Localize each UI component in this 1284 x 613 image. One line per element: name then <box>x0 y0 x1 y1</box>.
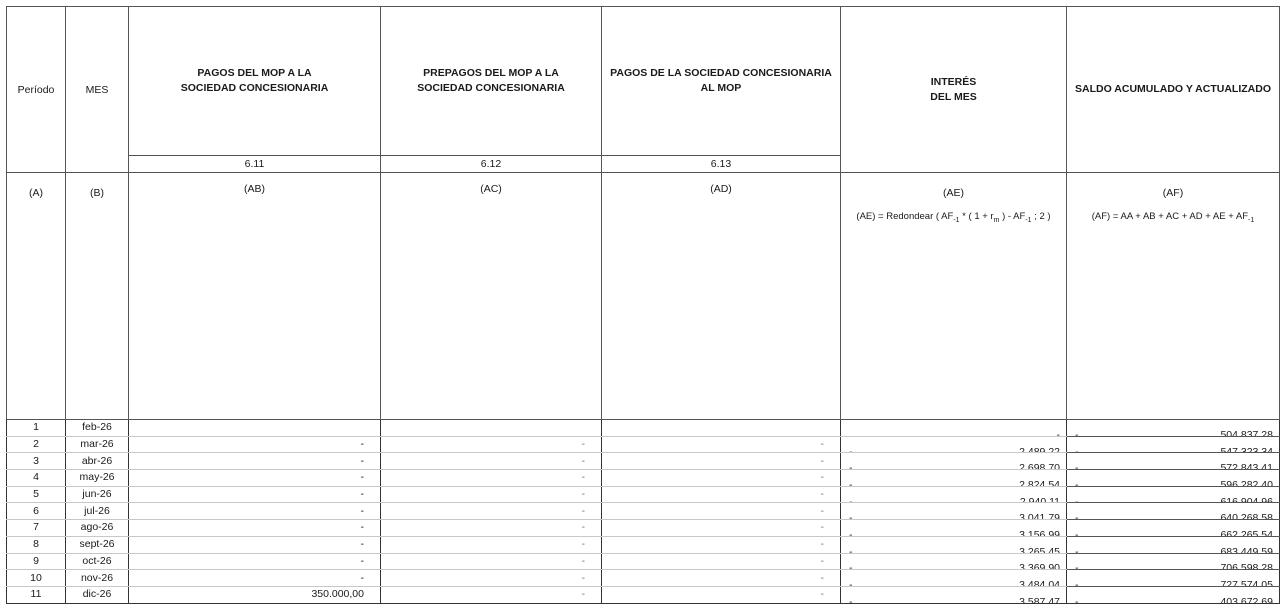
cell-pagos-sociedad: - <box>602 453 841 470</box>
cell-prepagos-mop: - <box>381 453 602 470</box>
cell-prepagos-mop: - <box>381 553 602 570</box>
cell-periodo: 9 <box>7 553 66 570</box>
header-interes-line1: INTERÉS <box>845 75 1062 90</box>
cell-interes: -2.940,11 <box>841 486 1067 503</box>
code-6-13: 6.13 <box>602 156 841 173</box>
letter-af: (AF) <box>1071 187 1275 199</box>
table-row: 7ago-26----3.156,99-662.265,54 <box>7 520 1280 537</box>
cell-interes-value: 3.156,99 <box>1019 528 1060 536</box>
cell-saldo-sign: - <box>1075 528 1079 536</box>
cell-saldo: -572.843,41 <box>1067 453 1280 470</box>
cell-prepagos-mop: - <box>381 436 602 453</box>
cell-saldo-value: 662.265,54 <box>1220 528 1273 536</box>
cell-periodo: 7 <box>7 520 66 537</box>
letter-ab: (AB) <box>129 173 381 420</box>
cell-saldo: -662.265,54 <box>1067 520 1280 537</box>
cell-saldo-sign: - <box>1075 511 1079 519</box>
header-pagos-mop: PAGOS DEL MOP A LA SOCIEDAD CONCESIONARI… <box>129 7 381 156</box>
cell-saldo-sign: - <box>1075 561 1079 569</box>
cell-interes-sign: - <box>849 561 853 569</box>
cell-pagos-mop: - <box>129 470 381 487</box>
formula-af: (AF) = AA + AB + AC + AD + AE + AF-1 <box>1071 211 1275 224</box>
balance-table: Período MES PAGOS DEL MOP A LA SOCIEDAD … <box>6 6 1280 604</box>
cell-mes: mar-26 <box>66 436 129 453</box>
cell-pagos-sociedad <box>602 420 841 437</box>
table-row: 6jul-26----3.041,79-640.268,58 <box>7 503 1280 520</box>
cell-saldo-value: 547.323,34 <box>1220 445 1273 453</box>
cell-mes: sept-26 <box>66 536 129 553</box>
cell-saldo-sign: - <box>1075 495 1079 503</box>
cell-saldo-sign: - <box>1075 428 1079 436</box>
cell-saldo: -683.449,59 <box>1067 536 1280 553</box>
letter-a: (A) <box>7 173 66 420</box>
cell-periodo: 5 <box>7 486 66 503</box>
cell-interes-value: 3.587,47 <box>1019 595 1060 603</box>
cell-saldo: -706.598,28 <box>1067 553 1280 570</box>
cell-pagos-mop: - <box>129 436 381 453</box>
cell-saldo: -504.837,28 <box>1067 420 1280 437</box>
cell-saldo-value: 727.574,05 <box>1220 578 1273 586</box>
cell-periodo: 3 <box>7 453 66 470</box>
cell-periodo: 4 <box>7 470 66 487</box>
cell-pagos-mop: - <box>129 453 381 470</box>
cell-mes: ago-26 <box>66 520 129 537</box>
cell-prepagos-mop: - <box>381 503 602 520</box>
cell-prepagos-mop: - <box>381 486 602 503</box>
letter-ac: (AC) <box>381 173 602 420</box>
cell-saldo-value: 683.449,59 <box>1220 545 1273 553</box>
cell-interes: -3.041,79 <box>841 503 1067 520</box>
formula-ae: (AE) = Redondear ( AF-1 * ( 1 + rm ) - A… <box>845 211 1062 224</box>
cell-prepagos-mop <box>381 420 602 437</box>
table-row: 10nov-26----3.484,04-727.574,05 <box>7 570 1280 587</box>
cell-pagos-sociedad: - <box>602 436 841 453</box>
cell-periodo: 1 <box>7 420 66 437</box>
cell-interes-sign: - <box>849 495 853 503</box>
cell-saldo: -403.672,69 <box>1067 586 1280 603</box>
cell-saldo: -596.282,40 <box>1067 470 1280 487</box>
cell-interes: -3.156,99 <box>841 520 1067 537</box>
data-rows: 1feb-26--504.837,282mar-26----2.489,22-5… <box>7 420 1280 604</box>
cell-saldo: -640.268,58 <box>1067 503 1280 520</box>
cell-periodo: 8 <box>7 536 66 553</box>
cell-pagos-sociedad: - <box>602 503 841 520</box>
cell-saldo-value: 403.672,69 <box>1220 595 1273 603</box>
cell-pagos-sociedad: - <box>602 520 841 537</box>
cell-interes-value: 2.940,11 <box>1020 495 1060 503</box>
cell-interes: -3.265,45 <box>841 536 1067 553</box>
cell-mes: jun-26 <box>66 486 129 503</box>
letter-ad: (AD) <box>602 173 841 420</box>
cell-pagos-mop: - <box>129 553 381 570</box>
table-row: 3abr-26----2.698,70-572.843,41 <box>7 453 1280 470</box>
cell-saldo-sign: - <box>1075 445 1079 453</box>
code-6-11: 6.11 <box>129 156 381 173</box>
header-interes: INTERÉS DEL MES <box>841 7 1067 173</box>
cell-pagos-sociedad: - <box>602 570 841 587</box>
header-interes-line2: DEL MES <box>845 90 1062 105</box>
cell-interes: -2.489,22 <box>841 436 1067 453</box>
cell-saldo-value: 706.598,28 <box>1220 561 1273 569</box>
table-row: 1feb-26--504.837,28 <box>7 420 1280 437</box>
header-mes: MES <box>66 7 129 173</box>
cell-periodo: 10 <box>7 570 66 587</box>
cell-pagos-mop: - <box>129 536 381 553</box>
cell-interes-sign: - <box>849 578 853 586</box>
cell-interes-value: 3.484,04 <box>1019 578 1060 586</box>
cell-saldo: -616.904,96 <box>1067 486 1280 503</box>
cell-pagos-sociedad: - <box>602 486 841 503</box>
cell-periodo: 2 <box>7 436 66 453</box>
cell-mes: oct-26 <box>66 553 129 570</box>
header-periodo: Período <box>7 7 66 173</box>
cell-pagos-mop: - <box>129 503 381 520</box>
cell-prepagos-mop: - <box>381 536 602 553</box>
cell-interes: -2.824,54 <box>841 470 1067 487</box>
cell-saldo-sign: - <box>1075 578 1079 586</box>
cell-interes-sign: - <box>849 478 853 486</box>
table-row: 2mar-26----2.489,22-547.323,34 <box>7 436 1280 453</box>
cell-mes: nov-26 <box>66 570 129 587</box>
cell-pagos-sociedad: - <box>602 470 841 487</box>
header-saldo: SALDO ACUMULADO Y ACTUALIZADO <box>1067 7 1280 173</box>
cell-interes-sign: - <box>849 545 853 553</box>
header-pagos-sociedad: PAGOS DE LA SOCIEDAD CONCESIONARIA AL MO… <box>602 7 841 156</box>
cell-pagos-mop <box>129 420 381 437</box>
cell-interes-sign: - <box>849 511 853 519</box>
table-row: 11dic-26350.000,00---3.587,47-403.672,69 <box>7 586 1280 603</box>
cell-saldo-value: 572.843,41 <box>1220 461 1273 469</box>
cell-interes-value: 3.041,79 <box>1019 511 1060 519</box>
cell-prepagos-mop: - <box>381 586 602 603</box>
cell-mes: jul-26 <box>66 503 129 520</box>
cell-saldo-value: 640.268,58 <box>1220 511 1273 519</box>
cell-pagos-mop: - <box>129 520 381 537</box>
formula-ae-cell: (AE) (AE) = Redondear ( AF-1 * ( 1 + rm … <box>841 173 1067 420</box>
letter-ae: (AE) <box>845 187 1062 199</box>
cell-mes: dic-26 <box>66 586 129 603</box>
cell-saldo-sign: - <box>1075 595 1079 603</box>
cell-interes-sign: - <box>849 595 853 603</box>
cell-pagos-mop: 350.000,00 <box>129 586 381 603</box>
cell-interes: - <box>841 420 1067 437</box>
table-row: 5jun-26----2.940,11-616.904,96 <box>7 486 1280 503</box>
cell-mes: feb-26 <box>66 420 129 437</box>
cell-interes-sign: - <box>849 528 853 536</box>
letter-b: (B) <box>66 173 129 420</box>
cell-interes: -2.698,70 <box>841 453 1067 470</box>
cell-interes: -3.484,04 <box>841 570 1067 587</box>
cell-pagos-sociedad: - <box>602 536 841 553</box>
cell-interes: -3.369,90 <box>841 553 1067 570</box>
cell-periodo: 11 <box>7 586 66 603</box>
cell-saldo-sign: - <box>1075 545 1079 553</box>
cell-interes: -3.587,47 <box>841 586 1067 603</box>
header-prepagos-mop: PREPAGOS DEL MOP A LA SOCIEDAD CONCESION… <box>381 7 602 156</box>
cell-saldo-sign: - <box>1075 461 1079 469</box>
cell-interes-sign: - <box>849 461 853 469</box>
cell-mes: may-26 <box>66 470 129 487</box>
cell-prepagos-mop: - <box>381 570 602 587</box>
cell-pagos-mop: - <box>129 486 381 503</box>
balance-sheet: Período MES PAGOS DEL MOP A LA SOCIEDAD … <box>6 6 1279 604</box>
cell-prepagos-mop: - <box>381 470 602 487</box>
code-6-12: 6.12 <box>381 156 602 173</box>
cell-periodo: 6 <box>7 503 66 520</box>
table-row: 9oct-26----3.369,90-706.598,28 <box>7 553 1280 570</box>
cell-interes-value: 2.824,54 <box>1019 478 1060 486</box>
table-row: 8sept-26----3.265,45-683.449,59 <box>7 536 1280 553</box>
formula-af-cell: (AF) (AF) = AA + AB + AC + AD + AE + AF-… <box>1067 173 1280 420</box>
cell-interes-value: - <box>1057 428 1061 436</box>
table-row: 4may-26----2.824,54-596.282,40 <box>7 470 1280 487</box>
cell-pagos-sociedad: - <box>602 586 841 603</box>
cell-interes-value: 3.265,45 <box>1019 545 1060 553</box>
cell-saldo: -727.574,05 <box>1067 570 1280 587</box>
cell-interes-value: 2.698,70 <box>1019 461 1060 469</box>
cell-interes-sign: - <box>849 445 853 453</box>
cell-saldo-value: 616.904,96 <box>1220 495 1273 503</box>
cell-saldo-value: 596.282,40 <box>1220 478 1273 486</box>
cell-pagos-mop: - <box>129 570 381 587</box>
cell-saldo-value: 504.837,28 <box>1220 428 1273 436</box>
cell-interes-value: 2.489,22 <box>1019 445 1060 453</box>
cell-saldo-sign: - <box>1075 478 1079 486</box>
cell-interes-value: 3.369,90 <box>1019 561 1060 569</box>
cell-mes: abr-26 <box>66 453 129 470</box>
cell-pagos-sociedad: - <box>602 553 841 570</box>
cell-prepagos-mop: - <box>381 520 602 537</box>
cell-saldo: -547.323,34 <box>1067 436 1280 453</box>
